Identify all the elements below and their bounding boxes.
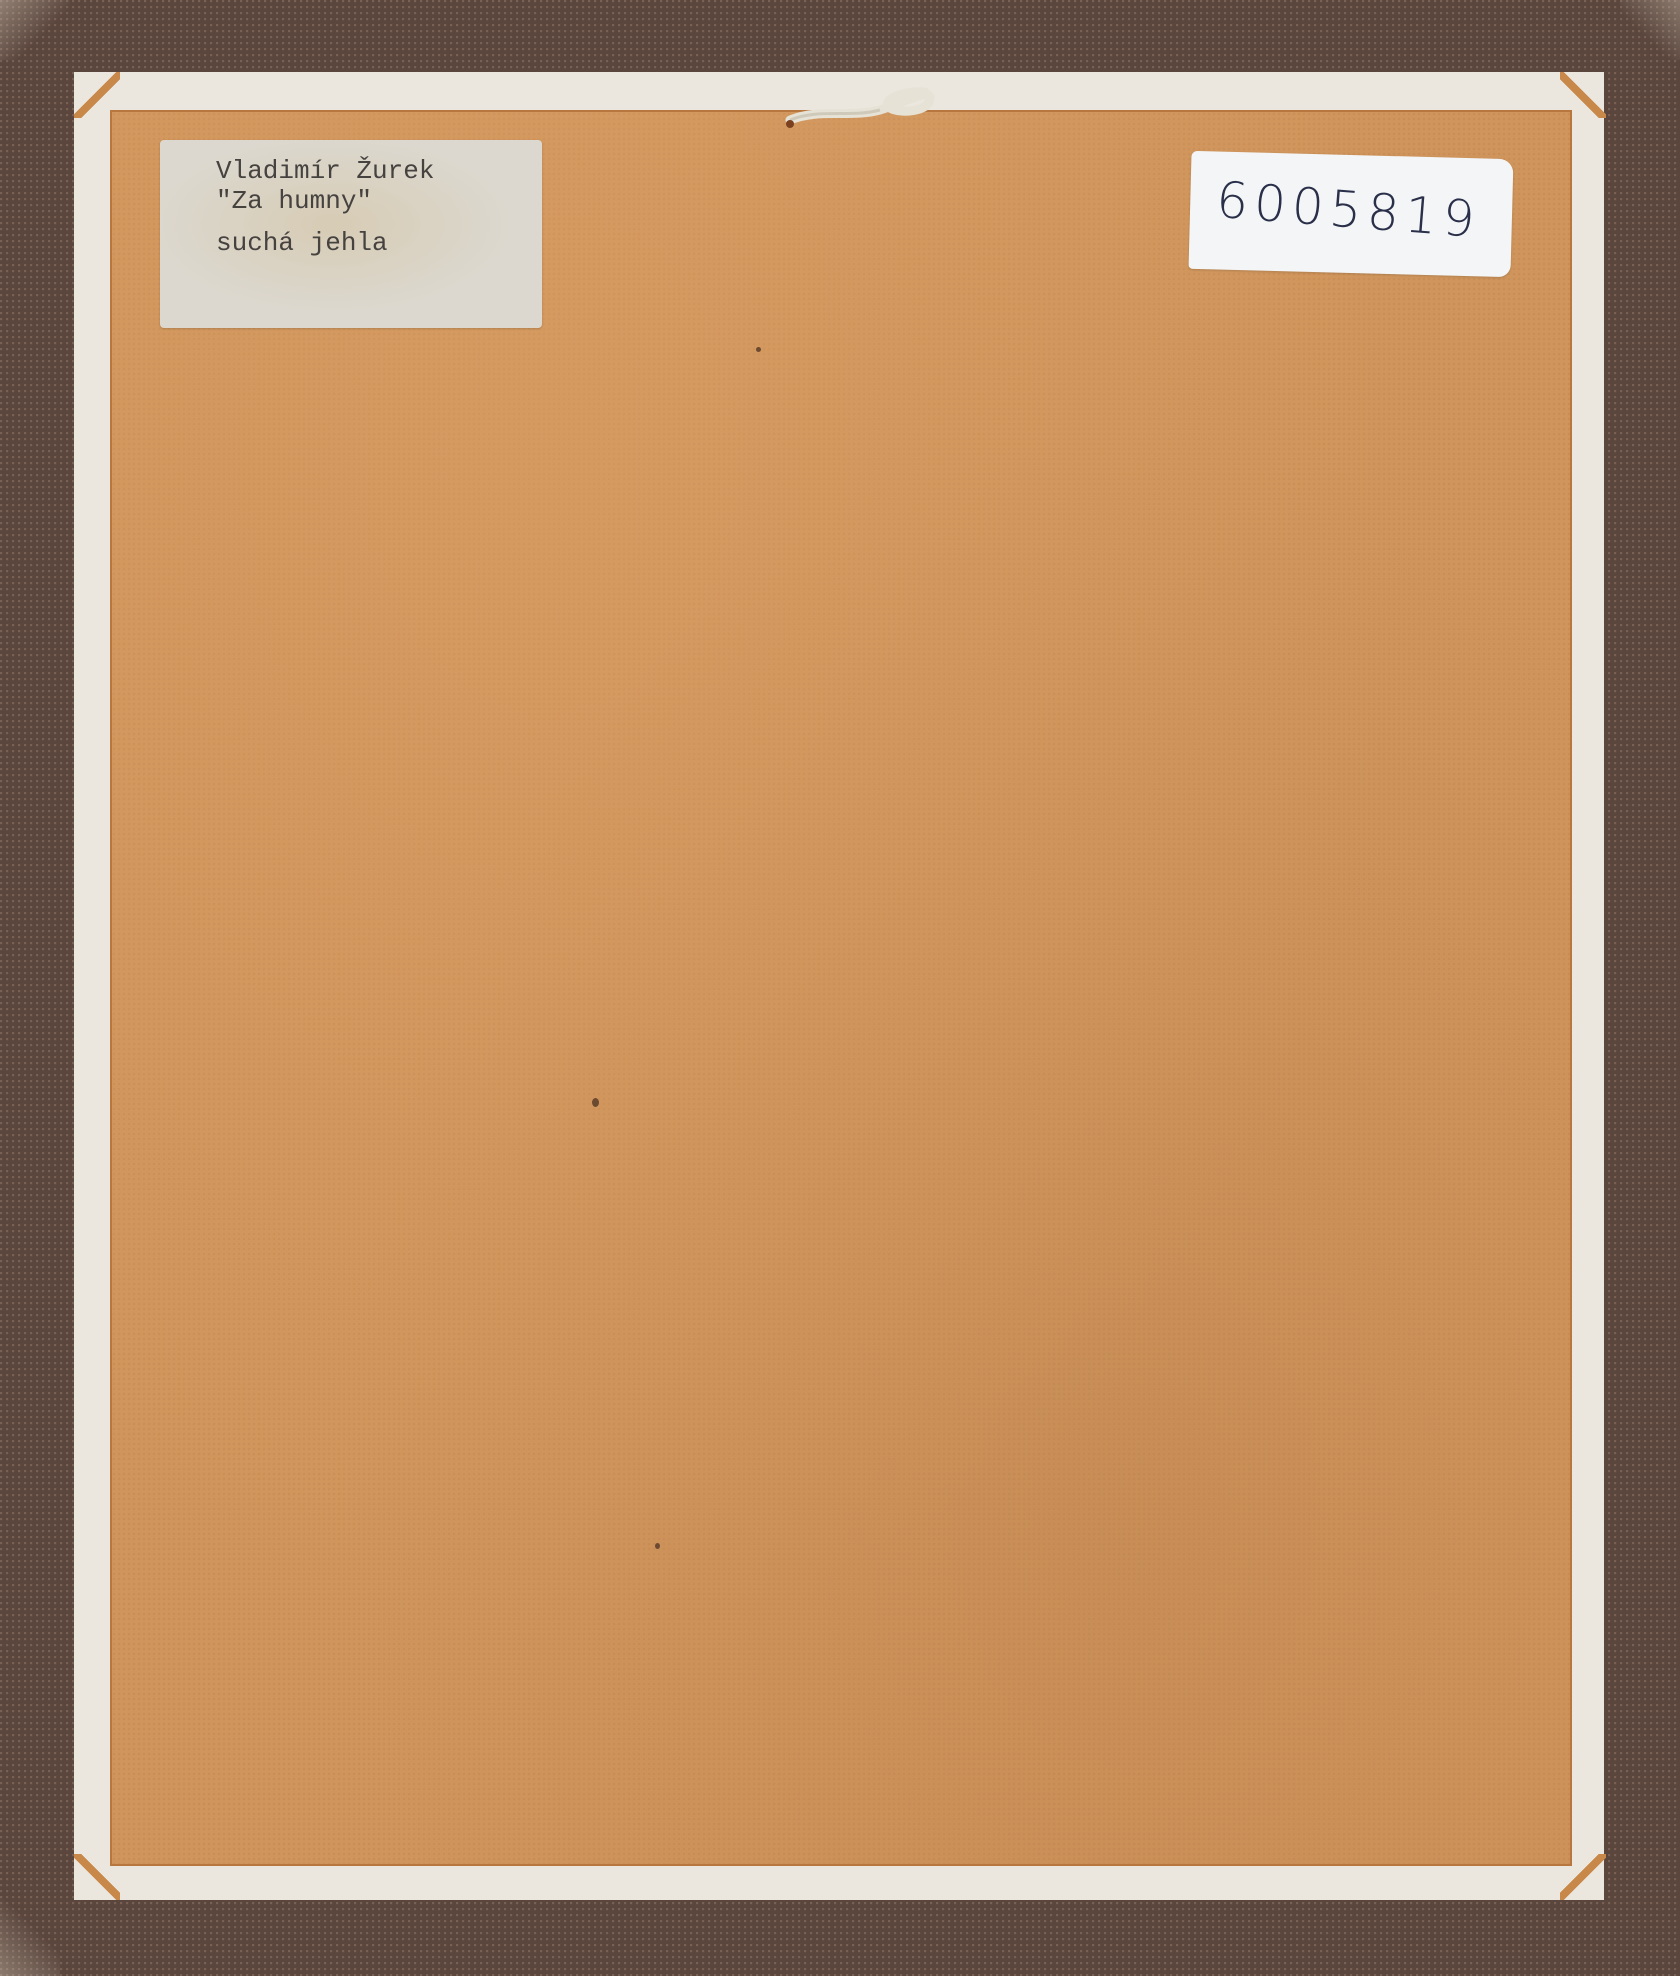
corner-bevel	[74, 72, 120, 118]
paper-speck	[655, 1543, 660, 1549]
inventory-number: 6005819	[1214, 171, 1482, 250]
artist-name: Vladimír Žurek	[216, 156, 542, 186]
artwork-title: "Za humny"	[216, 186, 542, 216]
inventory-number-label: 6005819	[1189, 151, 1514, 277]
corner-bevel	[1560, 72, 1606, 118]
frame-wear	[0, 0, 70, 60]
corner-bevel	[74, 1854, 120, 1900]
paper-speck	[592, 1098, 599, 1107]
typed-artwork-label: Vladimír Žurek "Za humny" suchá jehla	[160, 140, 542, 328]
technique: suchá jehla	[216, 228, 542, 258]
corner-bevel	[1560, 1854, 1606, 1900]
string-loop-icon	[780, 78, 960, 138]
frame-wear	[0, 1896, 60, 1976]
frame-wear	[1620, 0, 1680, 60]
backing-paper-area	[110, 110, 1572, 1866]
paper-speck	[756, 347, 761, 352]
backing-paper	[110, 110, 1572, 1866]
